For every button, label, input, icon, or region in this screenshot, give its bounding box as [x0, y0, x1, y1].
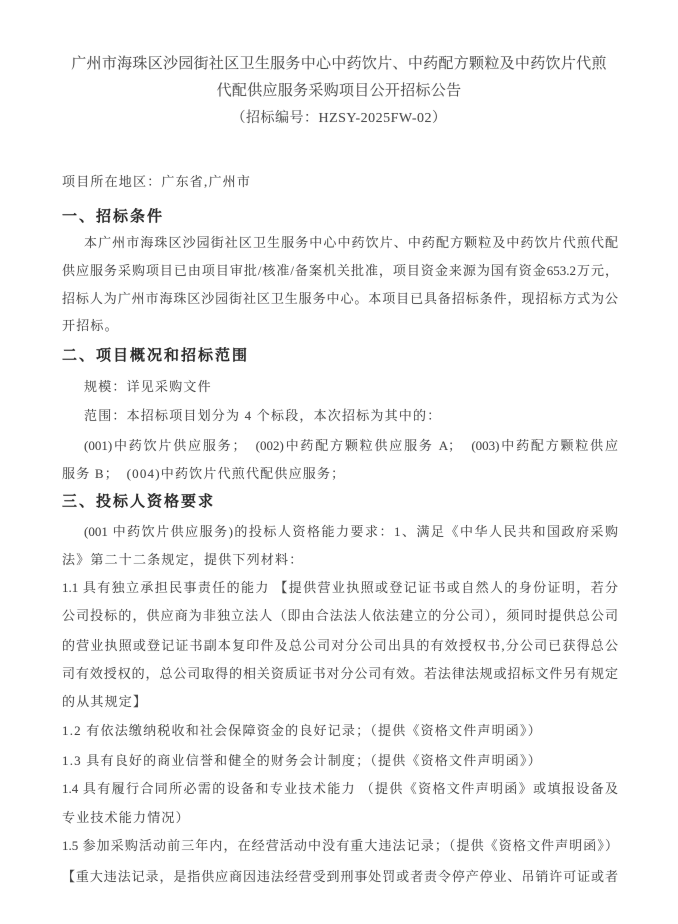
section-3-line: 1.3 具有良好的商业信誉和健全的财务会计制度；（提供《资格文件声明函》）: [62, 753, 618, 768]
document-page: 广州市海珠区沙园街社区卫生服务中心中药饮片、中药配方颗粒及中药饮片代煎 代配供应…: [0, 0, 678, 924]
section-3-line: 1.4 具有履行合同所必需的设备和专业技术能力 （提供《资格文件声明函》或填报设…: [62, 781, 618, 796]
section-1-line: 本广州市海珠区沙园街社区卫生服务中心中药饮片、中药配方颗粒及中药饮片代煎代配: [62, 235, 618, 250]
section-2-line: 范围：本招标项目划分为 4 个标段，本次招标为其中的：: [62, 408, 618, 423]
tender-number: （招标编号：HZSY-2025FW-02）: [0, 110, 678, 127]
section-3-line: (001 中药饮片供应服务)的投标人资格能力要求：1、满足《中华人民共和国政府采…: [62, 524, 618, 539]
section-2-line: 服务 B； (004)中药饮片代煎代配供应服务；: [62, 466, 618, 481]
section-3-heading: 三、投标人资格要求: [62, 493, 618, 510]
section-1-heading: 一、招标条件: [62, 208, 618, 225]
section-3-line: 【重大违法记录，是指供应商因违法经营受到刑事处罚或者责令停产停业、吊销许可证或者: [62, 869, 618, 884]
section-2-line: 规模：详见采购文件: [62, 379, 618, 394]
section-3-line: 1.1 具有独立承担民事责任的能力 【提供营业执照或登记证书或自然人的身份证明，…: [62, 580, 618, 595]
section-3-line: 法》第二十二条规定，提供下列材料：: [62, 552, 618, 567]
section-1-line: 供应服务采购项目已由项目审批/核准/备案机关批准，项目资金来源为国有资金653.…: [62, 263, 618, 278]
section-1-line: 招标人为广州市海珠区沙园街社区卫生服务中心。本项目已具备招标条件，现招标方式为公: [62, 291, 618, 306]
section-3-line: 司有效授权的，总公司取得的相关资质证书对分公司有效。若法律法规或招标文件另有规定: [62, 666, 618, 681]
section-3-line: 1.5 参加采购活动前三年内，在经营活动中没有重大违法记录；（提供《资格文件声明…: [62, 838, 618, 853]
section-3-line: 的从其规定】: [62, 694, 618, 709]
document-title-line-2: 代配供应服务采购项目公开招标公告: [0, 82, 678, 100]
document-title-line-1: 广州市海珠区沙园街社区卫生服务中心中药饮片、中药配方颗粒及中药饮片代煎: [0, 55, 678, 73]
section-3-line: 专业技术能力情况）: [62, 810, 618, 825]
section-2-heading: 二、项目概况和招标范围: [62, 347, 618, 364]
section-1-line: 开招标。: [62, 318, 618, 333]
section-3-line: 1.2 有依法缴纳税收和社会保障资金的良好记录；（提供《资格文件声明函》）: [62, 723, 618, 738]
section-2-line: (001)中药饮片供应服务； (002)中药配方颗粒供应服务 A； (003)中…: [62, 438, 618, 453]
project-location: 项目所在地区：广东省,广州市: [62, 174, 618, 189]
section-3-line: 公司投标的，供应商为非独立法人（即由合法法人依法建立的分公司），须同时提供总公司: [62, 608, 618, 623]
section-3-line: 的营业执照或登记证书副本复印件及总公司对分公司出具的有效授权书,分公司已获得总公: [62, 638, 618, 653]
